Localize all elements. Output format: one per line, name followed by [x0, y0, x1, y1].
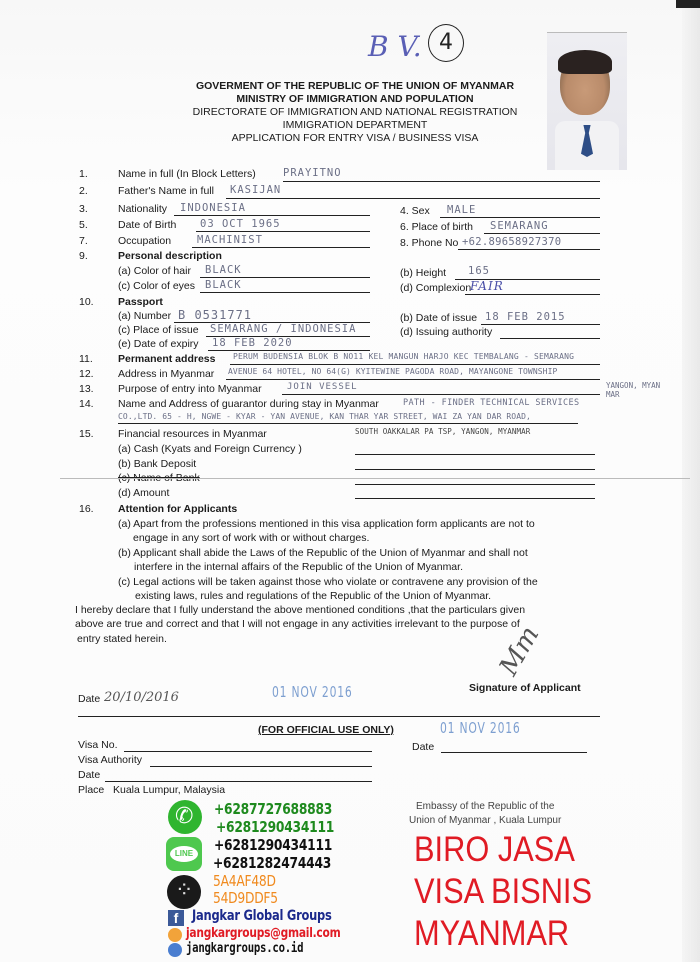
embassy-line2: Union of Myanmar , Kuala Lumpur	[409, 815, 561, 826]
address-myanmar-continuation: YANGON, MYAN MAR	[606, 381, 676, 399]
field-number: 12.	[79, 368, 94, 380]
facebook-icon: f	[168, 910, 184, 926]
address-myanmar-underline	[226, 379, 600, 380]
issuing-authority-underline[interactable]	[500, 338, 600, 339]
header-line-5: APPLICATION FOR ENTRY VISA / BUSINESS VI…	[170, 132, 540, 145]
official-use-title: (FOR OFFICIAL USE ONLY)	[258, 724, 394, 736]
nationality-value[interactable]: INDONESIA	[180, 202, 246, 214]
date-expiry-value[interactable]: 18 FEB 2020	[212, 337, 293, 349]
personal-description-label: Personal description	[118, 250, 222, 262]
photo-hair	[558, 50, 612, 74]
header-line-1: GOVERMENT OF THE REPUBLIC OF THE UNION O…	[170, 80, 540, 93]
nationality-label: Nationality	[118, 203, 167, 215]
section-divider	[78, 716, 600, 717]
field-number: 10.	[79, 296, 94, 308]
pob-underline	[484, 233, 600, 234]
attention-c-line1: (c) Legal actions will be taken against …	[118, 576, 538, 588]
scan-fold-line	[60, 478, 690, 479]
phone-underline	[458, 249, 600, 250]
amount-underline[interactable]	[355, 498, 595, 499]
guarantor-label: Name and Address of guarantor during sta…	[118, 398, 379, 410]
attention-b-line1: (b) Applicant shall abide the Laws of th…	[118, 547, 528, 559]
place-issue-value[interactable]: SEMARANG / INDONESIA	[210, 323, 356, 335]
attention-c-line2: existing laws, rules and regulations of …	[135, 590, 491, 602]
globe-icon	[168, 943, 182, 957]
amount-label: (d) Amount	[118, 487, 169, 499]
place-issue-label: (c) Place of issue	[118, 324, 199, 336]
line-number-1[interactable]: +6281290434111	[214, 836, 332, 854]
field-number: 16.	[79, 503, 94, 515]
visa-no-underline[interactable]	[124, 751, 372, 752]
name-underline	[283, 181, 600, 182]
name-label: Name in full (In Block Letters)	[118, 168, 256, 180]
purpose-underline	[282, 394, 600, 395]
complexion-underline	[465, 294, 600, 295]
applicant-photo	[547, 32, 627, 170]
name-value[interactable]: PRAYITNO	[283, 167, 342, 179]
pob-value[interactable]: SEMARANG	[490, 220, 549, 232]
official-date-label: Date	[78, 769, 100, 781]
height-value[interactable]: 165	[468, 265, 490, 277]
bank-deposit-underline[interactable]	[355, 469, 595, 470]
website-url[interactable]: jangkargroups.co.id	[186, 941, 303, 956]
date-expiry-label: (e) Date of expiry	[118, 338, 199, 350]
date-issue-underline	[481, 324, 600, 325]
date-expiry-underline	[208, 350, 370, 351]
date-label: Date	[78, 693, 100, 705]
hair-underline	[200, 277, 370, 278]
sex-value[interactable]: MALE	[447, 204, 476, 216]
field-number: 7.	[79, 235, 88, 247]
height-label: (b) Height	[400, 267, 446, 279]
field-number: 5.	[79, 219, 88, 231]
hair-value[interactable]: BLACK	[205, 264, 242, 276]
whatsapp-number-1[interactable]: +6287727688883	[214, 800, 332, 818]
page-edge	[682, 0, 700, 962]
attention-b-line2: interfere in the internal affairs of the…	[134, 561, 463, 573]
whatsapp-icon	[168, 800, 202, 834]
attention-a-line1: (a) Apart from the professions mentioned…	[118, 518, 535, 530]
page-corner	[676, 0, 700, 8]
line-icon-text: LINE	[170, 846, 198, 862]
guarantor-underline	[118, 423, 578, 424]
official-date-underline[interactable]	[105, 781, 372, 782]
place-label: Place	[78, 784, 104, 796]
line-icon: LINE	[166, 837, 202, 871]
date-issue-label: (b) Date of issue	[400, 312, 477, 324]
occupation-label: Occupation	[118, 235, 171, 247]
bbm-pin-2[interactable]: 54D9DDF5	[213, 889, 278, 907]
eyes-underline	[200, 292, 370, 293]
address-myanmar-label: Address in Myanmar	[118, 368, 214, 380]
sex-underline	[440, 217, 600, 218]
handwritten-mark: B V.	[368, 30, 422, 63]
father-label: Father's Name in full	[118, 185, 214, 197]
date-value[interactable]: 20/10/2016	[104, 690, 179, 705]
form-header: GOVERMENT OF THE REPUBLIC OF THE UNION O…	[170, 80, 540, 145]
dob-value[interactable]: 03 OCT 1965	[200, 218, 281, 230]
declaration-line2: above are true and correct and that I wi…	[75, 618, 520, 630]
whatsapp-number-2[interactable]: +6281290434111	[216, 818, 334, 836]
father-value[interactable]: KASIJAN	[230, 184, 281, 196]
visa-authority-label: Visa Authority	[78, 754, 142, 766]
visa-authority-underline[interactable]	[150, 766, 372, 767]
header-line-4: IMMIGRATION DEPARTMENT	[170, 119, 540, 132]
guarantor-value-1[interactable]: PATH - FINDER TECHNICAL SERVICES	[403, 398, 580, 408]
place-value: Kuala Lumpur, Malaysia	[113, 784, 225, 796]
guarantor-value-2[interactable]: CO.,LTD. 65 - H, NGWE - KYAR - YAN AVENU…	[118, 412, 531, 421]
header-line-2: MINISTRY OF IMMIGRATION AND POPULATION	[170, 93, 540, 106]
eyes-value[interactable]: BLACK	[205, 279, 242, 291]
header-line-3: DIRECTORATE OF IMMIGRATION AND NATIONAL …	[170, 106, 540, 119]
field-number: 13.	[79, 383, 94, 395]
nationality-underline	[174, 215, 370, 216]
email-icon	[168, 928, 182, 942]
field-number: 3.	[79, 203, 88, 215]
dob-underline	[196, 231, 370, 232]
passport-label: Passport	[118, 296, 163, 308]
bank-name-underline[interactable]	[355, 484, 595, 485]
complexion-label: (d) Complexion	[400, 282, 471, 294]
phone-label: 8. Phone No	[400, 237, 458, 249]
occupation-value[interactable]: MACHINIST	[197, 234, 263, 246]
bbm-pin-1[interactable]: 5A4AF48D	[213, 872, 276, 890]
issuing-authority-label: (d) Issuing authority	[400, 326, 492, 338]
permanent-address-value[interactable]: PERUM BUDENSIA BLOK B NO11 KEL MANGUN HA…	[233, 352, 574, 361]
visa-no-label: Visa No.	[78, 739, 118, 751]
embassy-line1: Embassy of the Republic of the	[416, 801, 554, 812]
circled-number: 4	[428, 24, 464, 62]
tagline-line2: VISA BISNIS	[414, 872, 592, 912]
guarantor-value-3[interactable]: SOUTH OAKKALAR PA TSP, YANGON, MYANMAR	[355, 427, 530, 436]
purpose-value[interactable]: JOIN VESSEL	[287, 382, 358, 392]
date-stamp-2: 01 NOV 2016	[440, 719, 521, 737]
cash-label: (a) Cash (Kyats and Foreign Currency )	[118, 443, 302, 455]
bank-deposit-label: (b) Bank Deposit	[118, 458, 196, 470]
cash-underline[interactable]	[355, 454, 595, 455]
attention-title: Attention for Applicants	[118, 503, 237, 515]
field-number: 15.	[79, 428, 94, 440]
field-number: 14.	[79, 398, 94, 410]
field-number: 2.	[79, 185, 88, 197]
field-number: 11.	[79, 353, 93, 365]
phone-value[interactable]: +62.89658927370	[462, 236, 561, 248]
passport-number-label: (a) Number	[118, 310, 171, 322]
father-underline	[226, 198, 600, 199]
field-number: 1.	[79, 168, 88, 180]
tagline-line3: MYANMAR	[414, 914, 569, 954]
tagline-line1: BIRO JASA	[414, 830, 575, 870]
blackberry-icon	[167, 875, 201, 909]
declaration-line1: I hereby declare that I fully understand…	[75, 604, 525, 616]
dob-label: Date of Birth	[118, 219, 176, 231]
facebook-name[interactable]: Jangkar Global Groups	[192, 908, 332, 924]
hair-label: (a) Color of hair	[118, 265, 191, 277]
signature-scribble: Mm	[494, 621, 546, 680]
sex-label: 4. Sex	[400, 205, 430, 217]
attention-a-line2: engage in any sort of work with or witho…	[133, 532, 369, 544]
official-date-right-label: Date	[412, 741, 434, 753]
financial-label: Financial resources in Myanmar	[118, 428, 267, 440]
email-address[interactable]: jangkargroups@gmail.com	[186, 926, 340, 941]
signature-label: Signature of Applicant	[469, 682, 581, 694]
declaration-line3: entry stated herein.	[77, 633, 167, 645]
permanent-address-underline	[230, 364, 600, 365]
complexion-value[interactable]: FAIR	[470, 279, 504, 293]
visa-application-form: B V. 4 GOVERMENT OF THE REPUBLIC OF THE …	[0, 0, 700, 962]
eyes-label: (c) Color of eyes	[118, 280, 195, 292]
address-myanmar-value[interactable]: AVENUE 64 HOTEL, NO 64(G) KYITEWINE PAGO…	[228, 367, 557, 376]
purpose-label: Purpose of entry into Myanmar	[118, 383, 262, 395]
date-stamp-1: 01 NOV 2016	[272, 683, 353, 701]
passport-number-value[interactable]: B 0531771	[178, 308, 252, 322]
pob-label: 6. Place of birth	[400, 221, 473, 233]
line-number-2[interactable]: +6281282474443	[213, 854, 331, 872]
permanent-address-label: Permanent address	[118, 353, 215, 365]
official-date-right-underline[interactable]	[441, 752, 587, 753]
date-issue-value[interactable]: 18 FEB 2015	[485, 311, 566, 323]
field-number: 9.	[79, 250, 88, 262]
occupation-underline	[192, 247, 370, 248]
